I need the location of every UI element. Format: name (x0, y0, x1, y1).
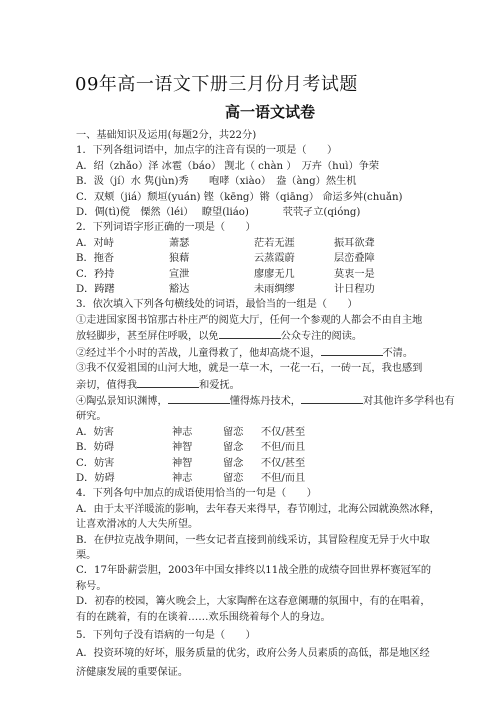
q2-d-word3: 未雨绸缪 (254, 282, 334, 297)
q3-c-word3: 留念 (223, 456, 261, 471)
q2-b-word4: 层峦叠障 (334, 251, 444, 266)
fill-blank (168, 393, 230, 404)
q3-option-a: A．妨害 神志 留恋 不仅/甚至 (76, 425, 456, 440)
q2-d-word4: 计日程功 (334, 282, 444, 297)
q3-a-word1: A．妨害 (76, 425, 172, 440)
q3-s1b-pre: 放轻脚步，甚至屏住呼吸，以免 (76, 331, 219, 342)
q2-d-word1: D．踌躇 (76, 282, 169, 297)
q3-s4-pre: ④陶弘景知识渊博， (76, 396, 168, 407)
document-subtitle: 高一语文试卷 (0, 101, 500, 122)
q2-b-word1: B．拖沓 (76, 251, 169, 266)
q4-option-a-line1: A．由于太平洋暖流的影响，去年春天来得早，春节刚过，北海公园就涣然冰释， (76, 502, 456, 517)
q3-b-word4: 不但/而且 (261, 440, 371, 455)
q2-b-word2: 狼藉 (169, 251, 254, 266)
q4-option-c-line1: C．17年卧薪尝胆，2003年中国女排终以11战全胜的成绩夺回世界杯赛冠军的 (76, 563, 456, 578)
fill-blank (137, 377, 199, 388)
q4-option-a-line2: 让喜欢滑冰的人大失所望。 (76, 517, 456, 532)
section-heading: 一、基础知识及运用(每题2分，共22分) (76, 128, 456, 143)
q3-s3b-pre: 亲切，值得我 (76, 380, 137, 391)
q3-option-d: D．妨碍 神志 留恋 不但/而且 (76, 471, 456, 486)
q1-option-c: C．双颊（jiá）颓垣(yuán) 铿（kēng）锵（qiāng） 命运多舛(c… (76, 190, 456, 205)
q3-s2-post: 不清。 (383, 348, 414, 359)
q3-sentence-3b: 亲切，值得我和爱抚。 (76, 377, 456, 393)
q3-c-word4: 不仅/甚至 (261, 456, 371, 471)
q3-a-word2: 神志 (172, 425, 223, 440)
exam-page: 09年高一语文下册三月份月考试题 高一语文试卷 一、基础知识及运用(每题2分，共… (0, 0, 500, 707)
q3-d-word1: D．妨碍 (76, 471, 172, 486)
q1-option-a: A．绍（zhǎo）泽 冰雹（báo） 觊北（ chàn ） 万卉（huì）争荣 (76, 159, 456, 174)
question-5-stem: 5．下列句子没有语病的一句是（ ） (76, 628, 456, 643)
q3-option-c: C．妨害 神智 留念 不仅/甚至 (76, 456, 456, 471)
q2-a-word1: A．对峙 (76, 236, 169, 251)
q3-sentence-1a: ①走进国家图书馆那古朴庄严的阅览大厅，任何一个参观的人都会不由自主地 (76, 313, 456, 328)
q3-s1b-post: 公众专注的阅读。 (281, 331, 363, 342)
q4-option-d-line2: 有的在跳着，有的在谈着……欢乐围绕着每个人的身边。 (76, 610, 456, 625)
q3-option-b: B．妨碍 神智 留念 不但/而且 (76, 440, 456, 455)
question-3-stem: 3．依次填入下列各句横线处的词语，最恰当的一组是（ ） (76, 297, 456, 312)
q2-d-word2: 豁达 (169, 282, 254, 297)
q2-b-word3: 云蒸霞蔚 (254, 251, 334, 266)
q3-sentence-4b: 研究。 (76, 409, 456, 424)
q3-sentence-2: ②经过半个小时的苦战，儿童得救了，他却高烧不退，不清。 (76, 345, 456, 361)
q2-a-word2: 萧瑟 (169, 236, 254, 251)
fill-blank (321, 345, 383, 356)
q2-c-word1: C．矜持 (76, 267, 169, 282)
q3-s2-pre: ②经过半个小时的苦战，儿童得救了，他却高烧不退， (76, 348, 321, 359)
q3-sentence-4: ④陶弘景知识渊博，懂得炼丹技术，对其他许多学科也有 (76, 393, 456, 409)
q2-option-a: A．对峙 萧瑟 茫若无涯 振耳欲聋 (76, 236, 456, 251)
q2-a-word4: 振耳欲聋 (334, 236, 444, 251)
q4-option-d-line1: D．初春的校园，篝火晚会上，大家陶醉在这春意阑珊的氛围中，有的在唱着， (76, 594, 456, 609)
q3-d-word3: 留恋 (223, 471, 261, 486)
q3-sentence-1b: 放轻脚步，甚至屏住呼吸，以免公众专注的阅读。 (76, 328, 456, 344)
q2-c-word3: 廖廖无几 (254, 267, 334, 282)
q2-a-word3: 茫若无涯 (254, 236, 334, 251)
exam-body: 一、基础知识及运用(每题2分，共22分) 1．下列各组词语中，加点字的注音有误的… (76, 128, 456, 680)
q2-option-d: D．踌躇 豁达 未雨绸缪 计日程功 (76, 282, 456, 297)
q3-b-word3: 留念 (223, 440, 261, 455)
question-4-stem: 4．下列各句中加点的成语使用恰当的一句是（ ） (76, 486, 456, 501)
q2-option-b: B．拖沓 狼藉 云蒸霞蔚 层峦叠障 (76, 251, 456, 266)
q5-option-a-line2: 济健康发展的重要保证。 (76, 665, 456, 680)
q3-a-word3: 留恋 (223, 425, 261, 440)
q1-option-d: D．倜(tì)傥 傈然（léi） 瞭望(liáo) 茕茕孑立(qióng) (76, 205, 456, 220)
fill-blank (219, 328, 281, 339)
fill-blank (301, 393, 363, 404)
q3-c-word2: 神智 (172, 456, 223, 471)
q4-option-b-line2: 栗。 (76, 548, 456, 563)
q3-s3b-post: 和爱抚。 (199, 380, 240, 391)
q3-d-word4: 不但/而且 (261, 471, 371, 486)
q3-c-word1: C．妨害 (76, 456, 172, 471)
q3-a-word4: 不仅/甚至 (261, 425, 371, 440)
q3-s4-mid: 懂得炼丹技术， (230, 396, 301, 407)
q3-b-word1: B．妨碍 (76, 440, 172, 455)
q3-d-word2: 神志 (172, 471, 223, 486)
q3-s4-post: 对其他许多学科也有 (363, 396, 455, 407)
q4-option-b-line1: B．在伊拉克战争期间，一些女记者直接到前线采访，其冒险程度无异于火中取 (76, 533, 456, 548)
q2-c-word2: 宣泄 (169, 267, 254, 282)
q3-sentence-3a: ③我不仅爱祖国的山河大地，就是一草一木，一花一石，一砖一瓦，我也感到 (76, 361, 456, 376)
q5-option-a-line1: A．投资环境的好坏，服务质量的优劣，政府公务人员素质的高低，都是地区经 (76, 646, 456, 661)
q3-b-word2: 神智 (172, 440, 223, 455)
question-2-stem: 2．下列词语字形正确的一项是（ ） (76, 220, 456, 235)
document-title: 09年高一语文下册三月份月考试题 (75, 70, 358, 96)
q4-option-c-line2: 称号。 (76, 579, 456, 594)
q2-c-word4: 莫衷一是 (334, 267, 444, 282)
q2-option-c: C．矜持 宣泄 廖廖无几 莫衷一是 (76, 267, 456, 282)
q1-option-b: B．汲（jí）水 隽(jùn)秀 咆哮（xiào） 盎（àng）然生机 (76, 174, 456, 189)
question-1-stem: 1．下列各组词语中，加点字的注音有误的一项是（ ） (76, 143, 456, 158)
